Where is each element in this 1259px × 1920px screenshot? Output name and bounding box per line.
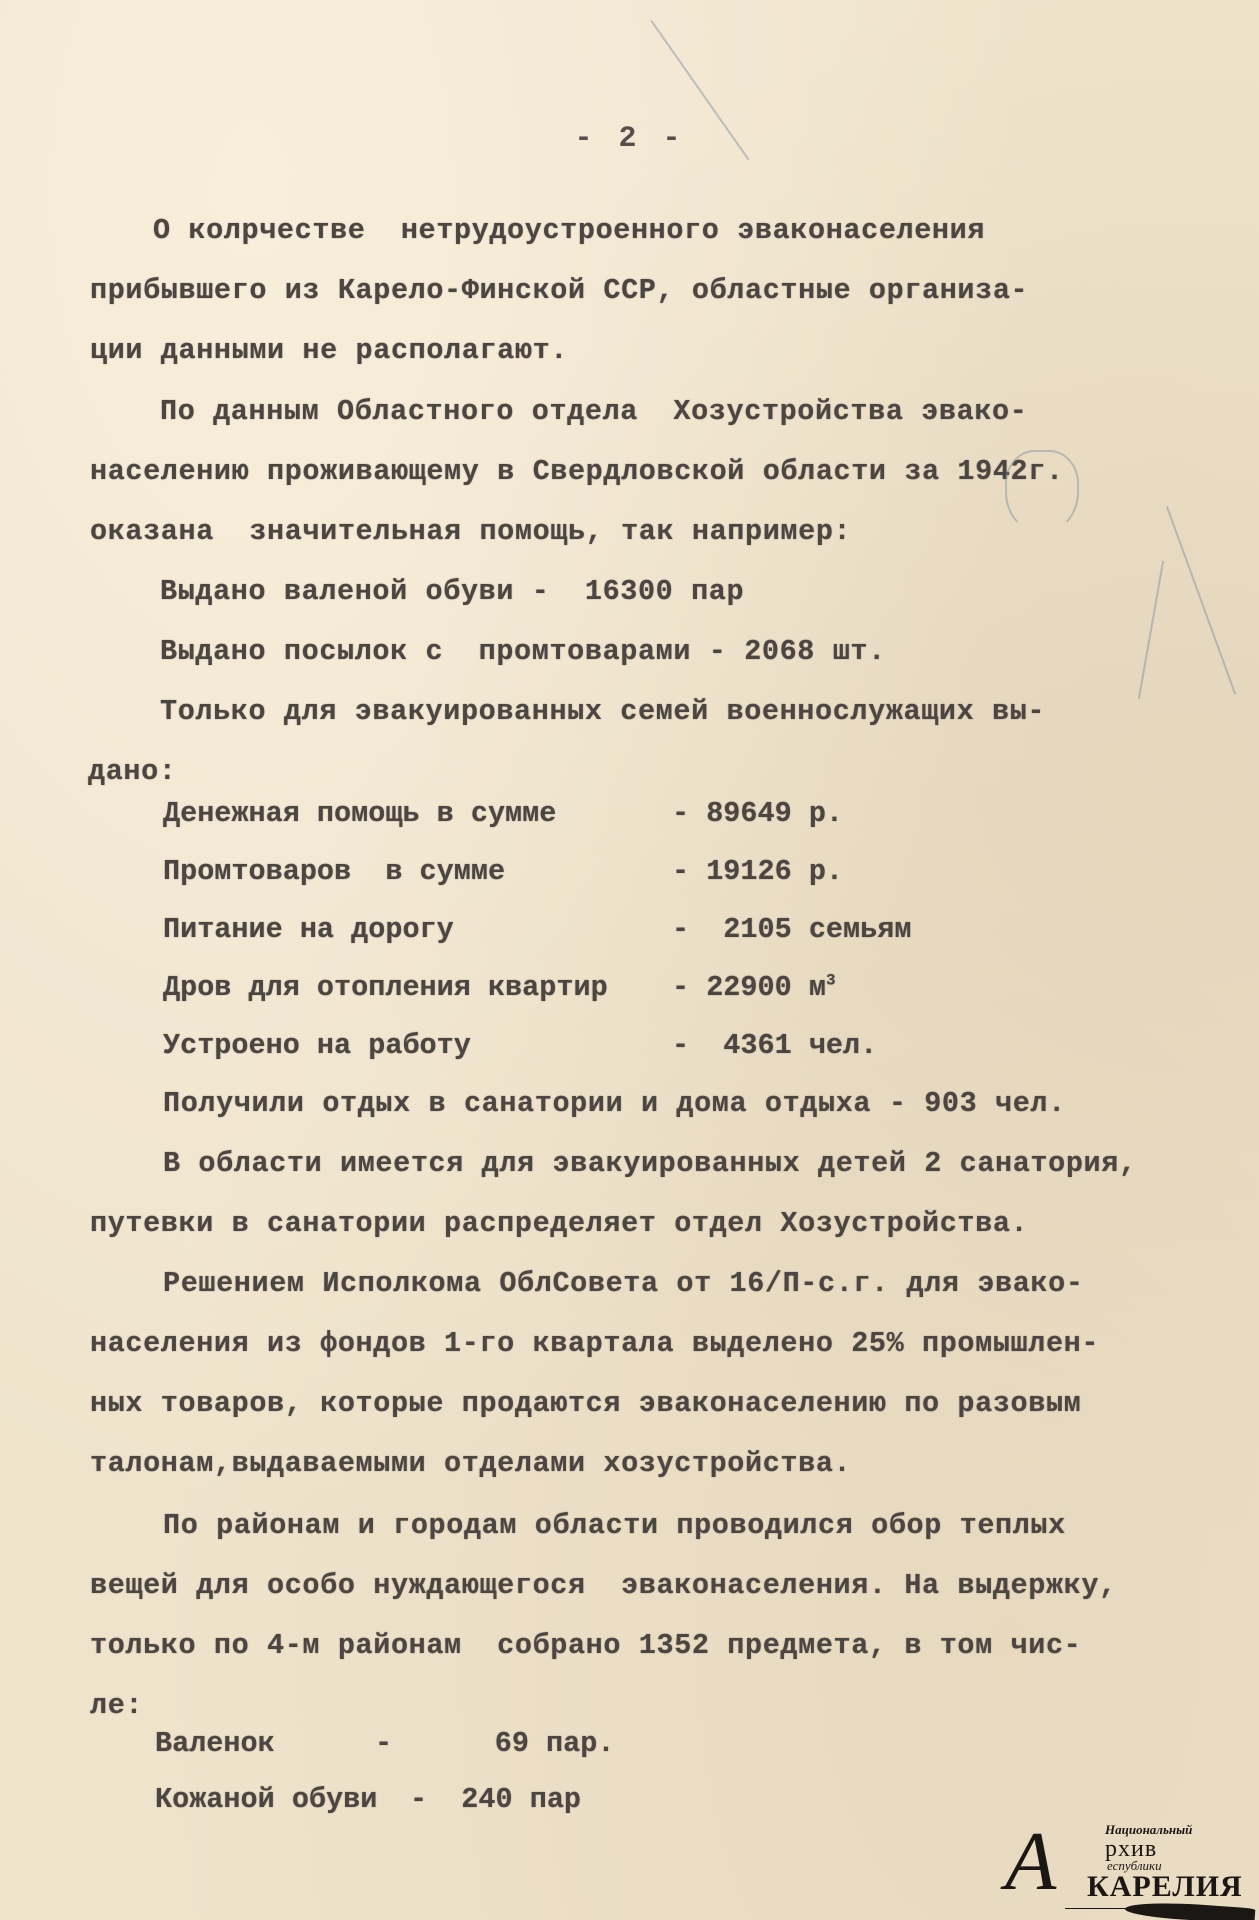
text-line: населения из фондов 1-го квартала выделе… xyxy=(90,1327,1099,1360)
aid-item-label: Промтоваров в сумме xyxy=(163,855,505,888)
text-line: дано: xyxy=(88,755,177,788)
logo-line-4: КАРЕЛИЯ xyxy=(1087,1870,1243,1904)
text-line: По районам и городам области проводился … xyxy=(163,1509,1066,1542)
page-number: - 2 - xyxy=(0,122,1259,156)
aid-item-label: Денежная помощь в сумме xyxy=(163,797,556,830)
aid-item-value: - 22900 м3 xyxy=(672,971,836,1004)
text-line: населению проживающему в Свердловской об… xyxy=(90,455,1064,488)
text-line: оказана значительная помощь, так наприме… xyxy=(90,515,851,548)
text-line: Выдано посылок с промтоварами - 2068 шт. xyxy=(160,635,886,668)
text-line: ле: xyxy=(90,1689,143,1722)
aid-item-label: Устроено на работу xyxy=(163,1029,471,1062)
text-line: вещей для особо нуждающегося эваконаселе… xyxy=(90,1569,1117,1602)
aid-item-value: - 2105 семьям xyxy=(672,913,911,946)
text-line: Решением Исполкома ОблСовета от 16/П-с.г… xyxy=(163,1267,1084,1300)
collected-item-value: - 240 пар xyxy=(410,1783,581,1816)
text-line: путевки в санатории распределяет отдел Х… xyxy=(90,1207,1028,1240)
text-line: В области имеется для эвакуированных дет… xyxy=(163,1147,1137,1180)
aid-item-value: - 4361 чел. xyxy=(672,1029,877,1062)
text-line: Только для эвакуированных семей военносл… xyxy=(160,695,1045,728)
text-line: По данным Областного отдела Хозустройств… xyxy=(160,395,1027,428)
text-line: Выдано валеной обуви - 16300 пар xyxy=(160,575,744,608)
logo-monogram: А xyxy=(1005,1820,1056,1904)
aid-item-value: - 89649 р. xyxy=(672,797,843,830)
collected-item-label: Кожаной обуви xyxy=(155,1783,377,1816)
text-line: прибывшего из Карело-Финской ССР, област… xyxy=(90,274,1028,307)
aid-item-value: - 19126 р. xyxy=(672,855,843,888)
text-line: талонам,выдаваемыми отделами хозустройст… xyxy=(90,1447,851,1480)
collected-item-label: Валенок xyxy=(155,1727,275,1760)
text-line: только по 4-м районам собрано 1352 предм… xyxy=(90,1629,1081,1662)
archive-watermark-logo: А Национальный рхив еспублики КАРЕЛИЯ xyxy=(1005,1820,1255,1920)
text-line: ции данными не располагают. xyxy=(90,334,568,367)
text-line: Получили отдых в санатории и дома отдыха… xyxy=(163,1087,1066,1120)
aid-item-label: Дров для отопления квартир xyxy=(163,971,608,1004)
text-line: О колрчестве нетрудоустроенного эваконас… xyxy=(153,214,985,247)
text-line: ных товаров, которые продаются эваконасе… xyxy=(90,1387,1081,1420)
aid-item-label: Питание на дорогу xyxy=(163,913,454,946)
collected-item-value: - 69 пар. xyxy=(375,1727,614,1760)
